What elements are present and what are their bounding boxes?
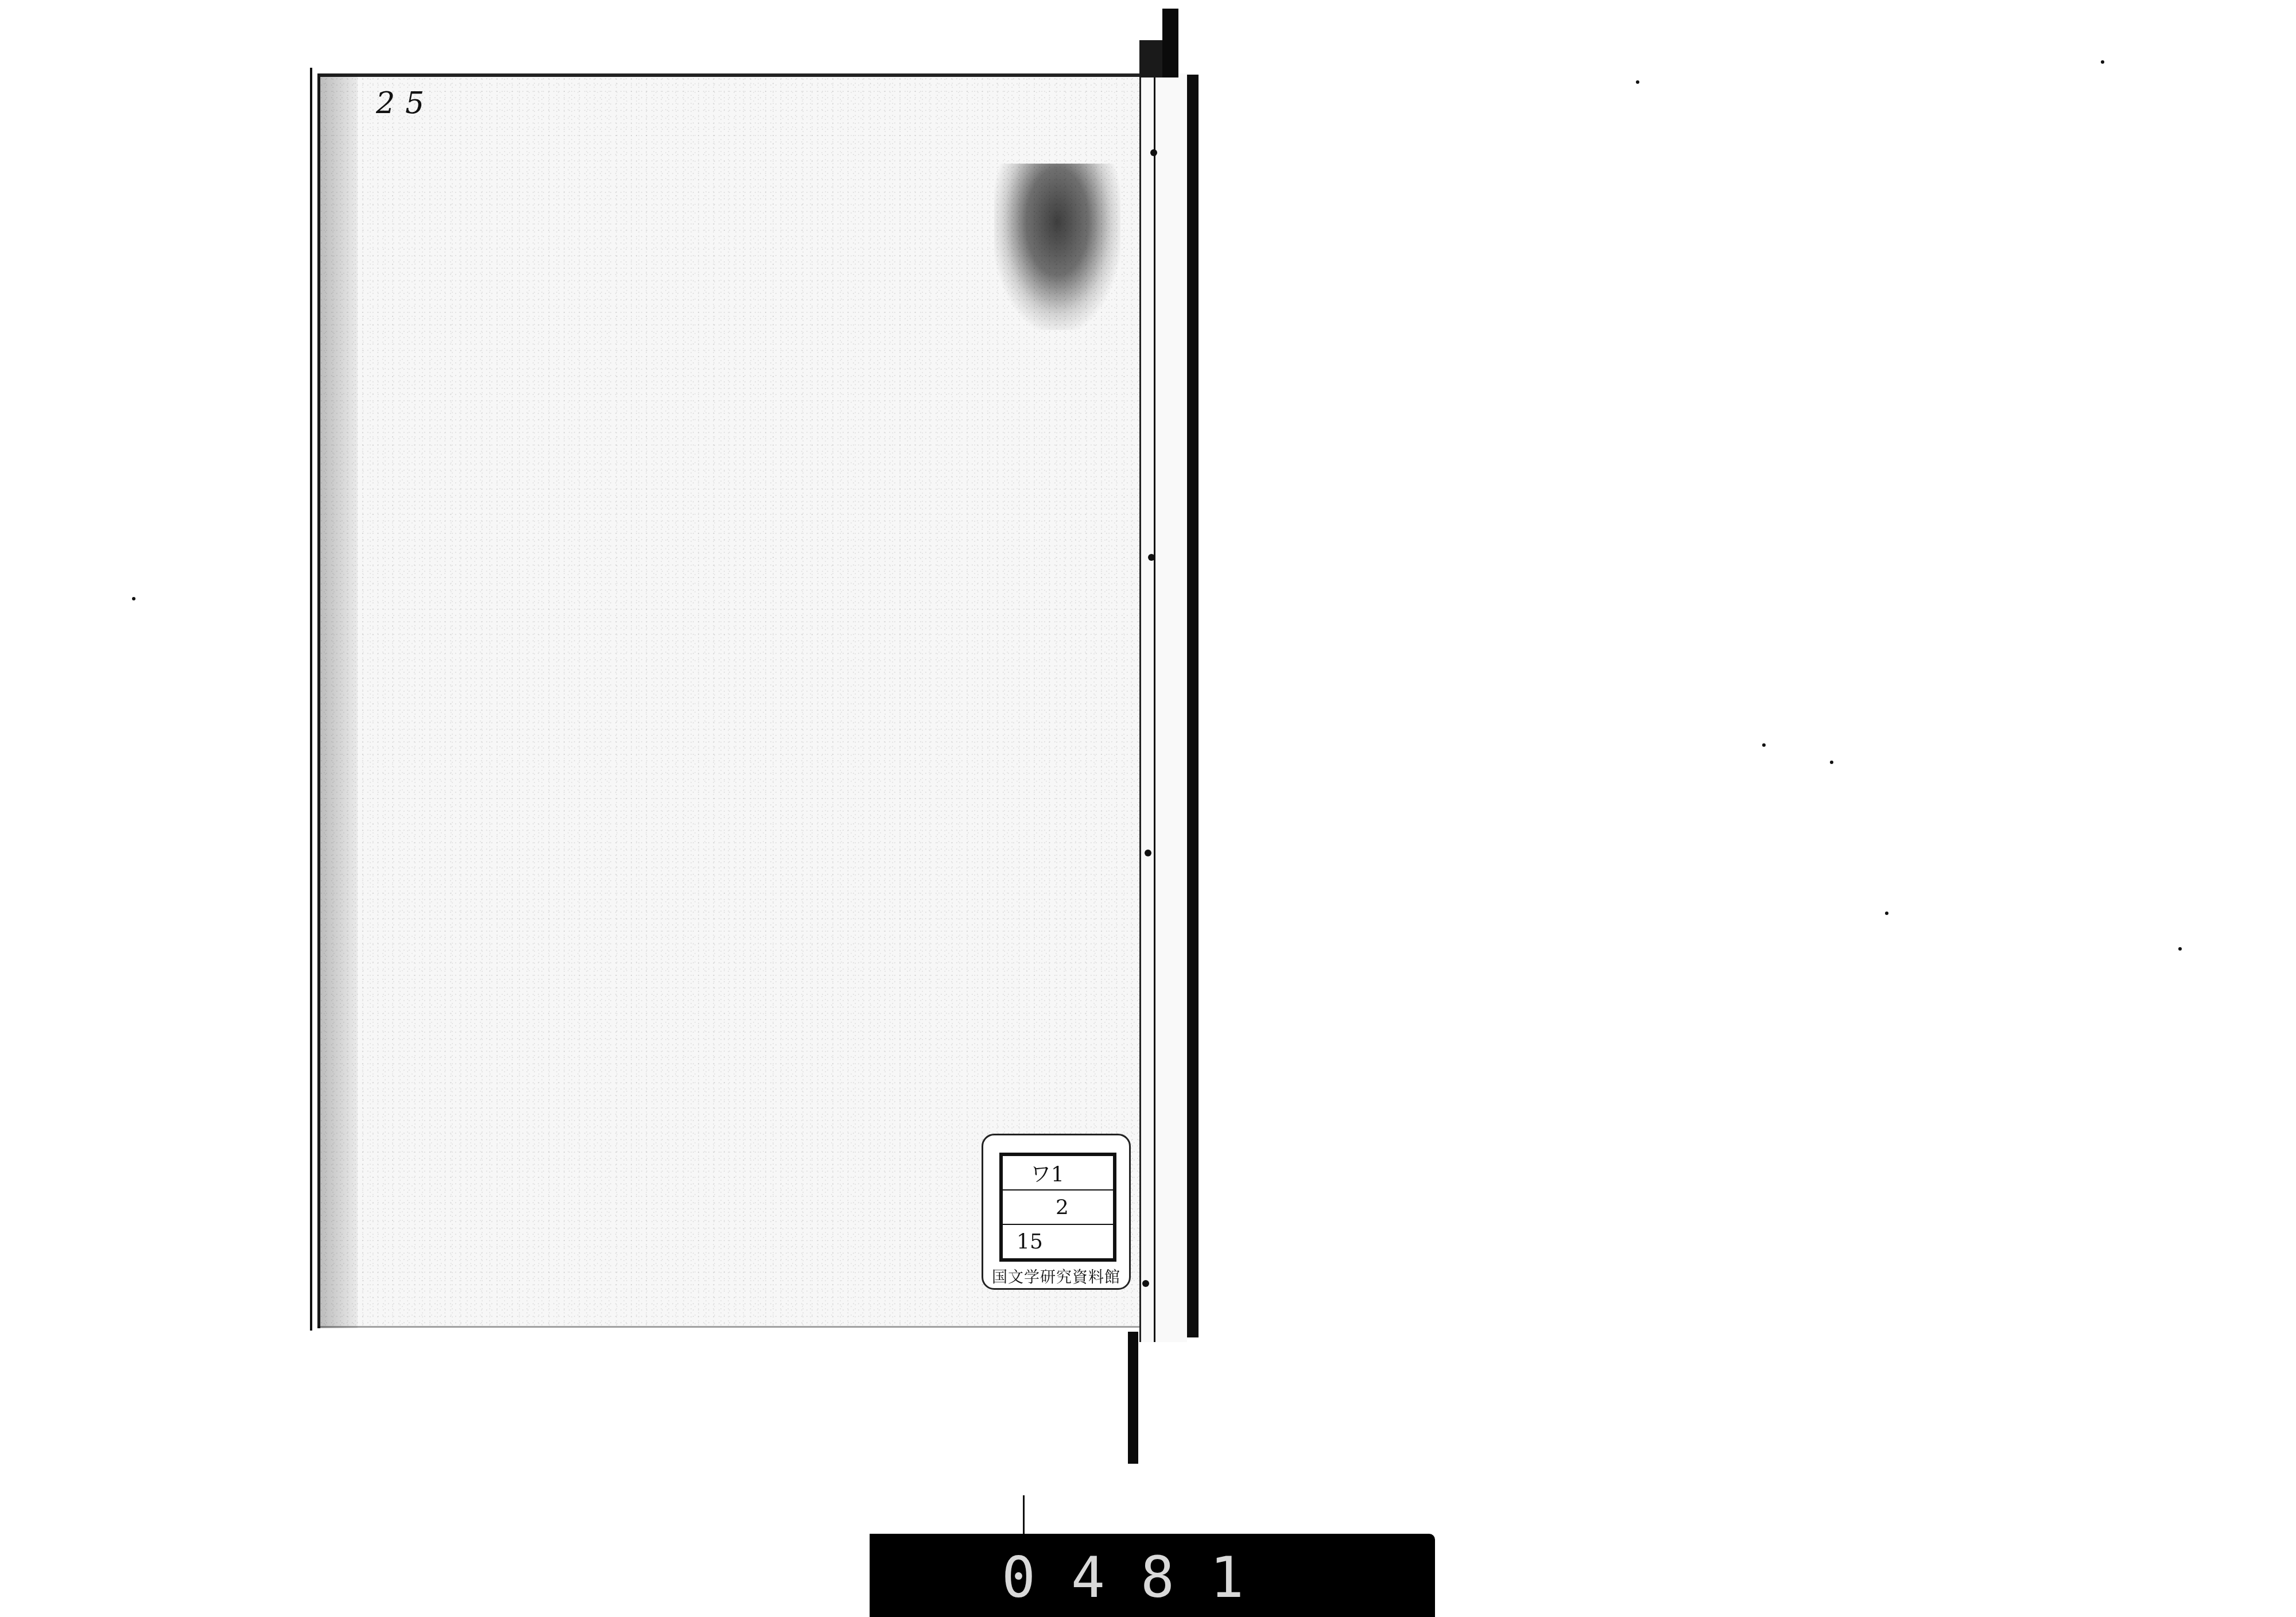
binding-line xyxy=(1154,73,1155,1342)
spine-shadow xyxy=(1187,75,1199,1337)
frame-counter: 0481 xyxy=(870,1534,1435,1617)
binding-thread-hole xyxy=(1150,149,1157,156)
binding-thread-hole xyxy=(1148,554,1155,561)
call-number-box: ワ1 2 15 xyxy=(999,1153,1116,1262)
binding-tab-top-shadow xyxy=(1139,40,1162,77)
scan-speck xyxy=(1636,80,1639,84)
binding-tab-bottom xyxy=(1128,1332,1138,1464)
scan-speck xyxy=(2101,60,2104,64)
scan-speck xyxy=(2178,947,2182,951)
handwritten-number: 25 xyxy=(376,86,435,121)
frame-counter-digits: 0481 xyxy=(1002,1545,1279,1611)
book-spine xyxy=(1139,73,1187,1342)
call-number-row: ワ1 xyxy=(1003,1156,1113,1191)
call-number-row: 15 xyxy=(1003,1225,1113,1258)
cover-outer-edge xyxy=(310,68,312,1331)
counter-pointer xyxy=(1023,1495,1025,1538)
cover-bottom-edge xyxy=(317,1326,1144,1328)
title-slip-remnant xyxy=(994,164,1120,330)
scan-speck xyxy=(1830,761,1833,764)
cover-edge-shading xyxy=(317,73,358,1328)
library-name: 国文学研究資料館 xyxy=(983,1265,1129,1287)
binding-thread-hole xyxy=(1145,850,1151,856)
library-call-number-label: ワ1 2 15 国文学研究資料館 xyxy=(982,1134,1131,1290)
binding-tab-top xyxy=(1162,9,1178,77)
scan-speck xyxy=(1885,912,1888,915)
scan-speck xyxy=(132,597,135,600)
binding-thread-hole xyxy=(1142,1280,1149,1287)
scan-speck xyxy=(1762,743,1766,747)
call-number-row: 2 xyxy=(1003,1191,1113,1225)
